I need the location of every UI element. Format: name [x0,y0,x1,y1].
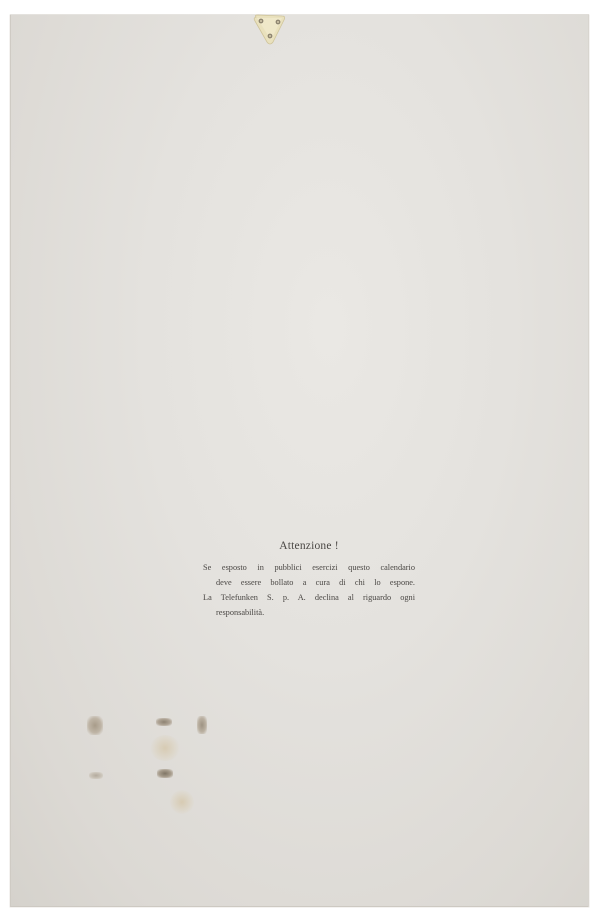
notice-line-3: La Telefunken S. p. A. declina al riguar… [203,590,415,605]
torn-paper-mark [197,716,207,734]
foxing-stain [150,735,180,761]
notice-title: Attenzione ! [203,540,415,552]
notice-line-2: deve essere bollato a cura di chi lo esp… [203,575,415,590]
torn-paper-mark [87,716,103,735]
foxing-stain [170,790,194,814]
notice-line-1: Se esposto in pubblici esercizi questo c… [203,560,415,575]
notice-block: Attenzione ! Se esposto in pubblici eser… [203,540,415,620]
notice-line-4: responsabilità. [203,605,415,620]
torn-paper-mark [156,718,172,726]
torn-paper-mark [157,769,173,778]
hanger-icon [252,14,288,46]
torn-paper-mark [89,772,103,779]
